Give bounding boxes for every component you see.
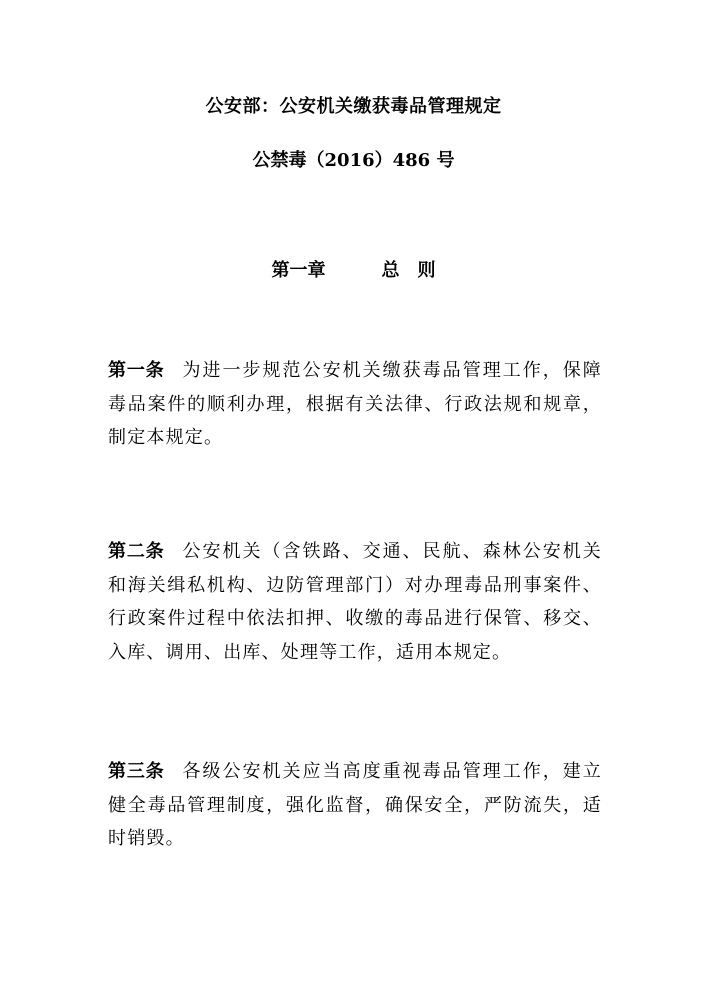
article-3: 第三条各级公安机关应当高度重视毒品管理工作，建立健全毒品管理制度，强化监督，确保… — [108, 755, 602, 856]
document-number: 公禁毒（2016）486 号 — [0, 146, 707, 172]
article-text: 为进一步规范公安机关缴获毒品管理工作，保障毒品案件的顺利办理，根据有关法律、行政… — [108, 360, 602, 448]
article-heading: 第二条 — [108, 541, 164, 562]
chapter-name-part1: 总 — [382, 260, 400, 281]
article-text: 各级公安机关应当高度重视毒品管理工作，建立健全毒品管理制度，强化监督，确保安全，… — [108, 761, 602, 849]
chapter-heading: 第一章总则 — [0, 256, 707, 282]
article-2: 第二条公安机关（含铁路、交通、民航、森林公安机关和海关缉私机构、边防管理部门）对… — [108, 535, 602, 669]
article-text: 公安机关（含铁路、交通、民航、森林公安机关和海关缉私机构、边防管理部门）对办理毒… — [108, 541, 602, 663]
article-heading: 第一条 — [108, 360, 164, 381]
chapter-name-part2: 则 — [418, 260, 436, 281]
document-title: 公安部：公安机关缴获毒品管理规定 — [0, 92, 707, 118]
article-heading: 第三条 — [108, 761, 164, 782]
chapter-number: 第一章 — [272, 260, 326, 281]
article-1: 第一条为进一步规范公安机关缴获毒品管理工作，保障毒品案件的顺利办理，根据有关法律… — [108, 354, 602, 455]
